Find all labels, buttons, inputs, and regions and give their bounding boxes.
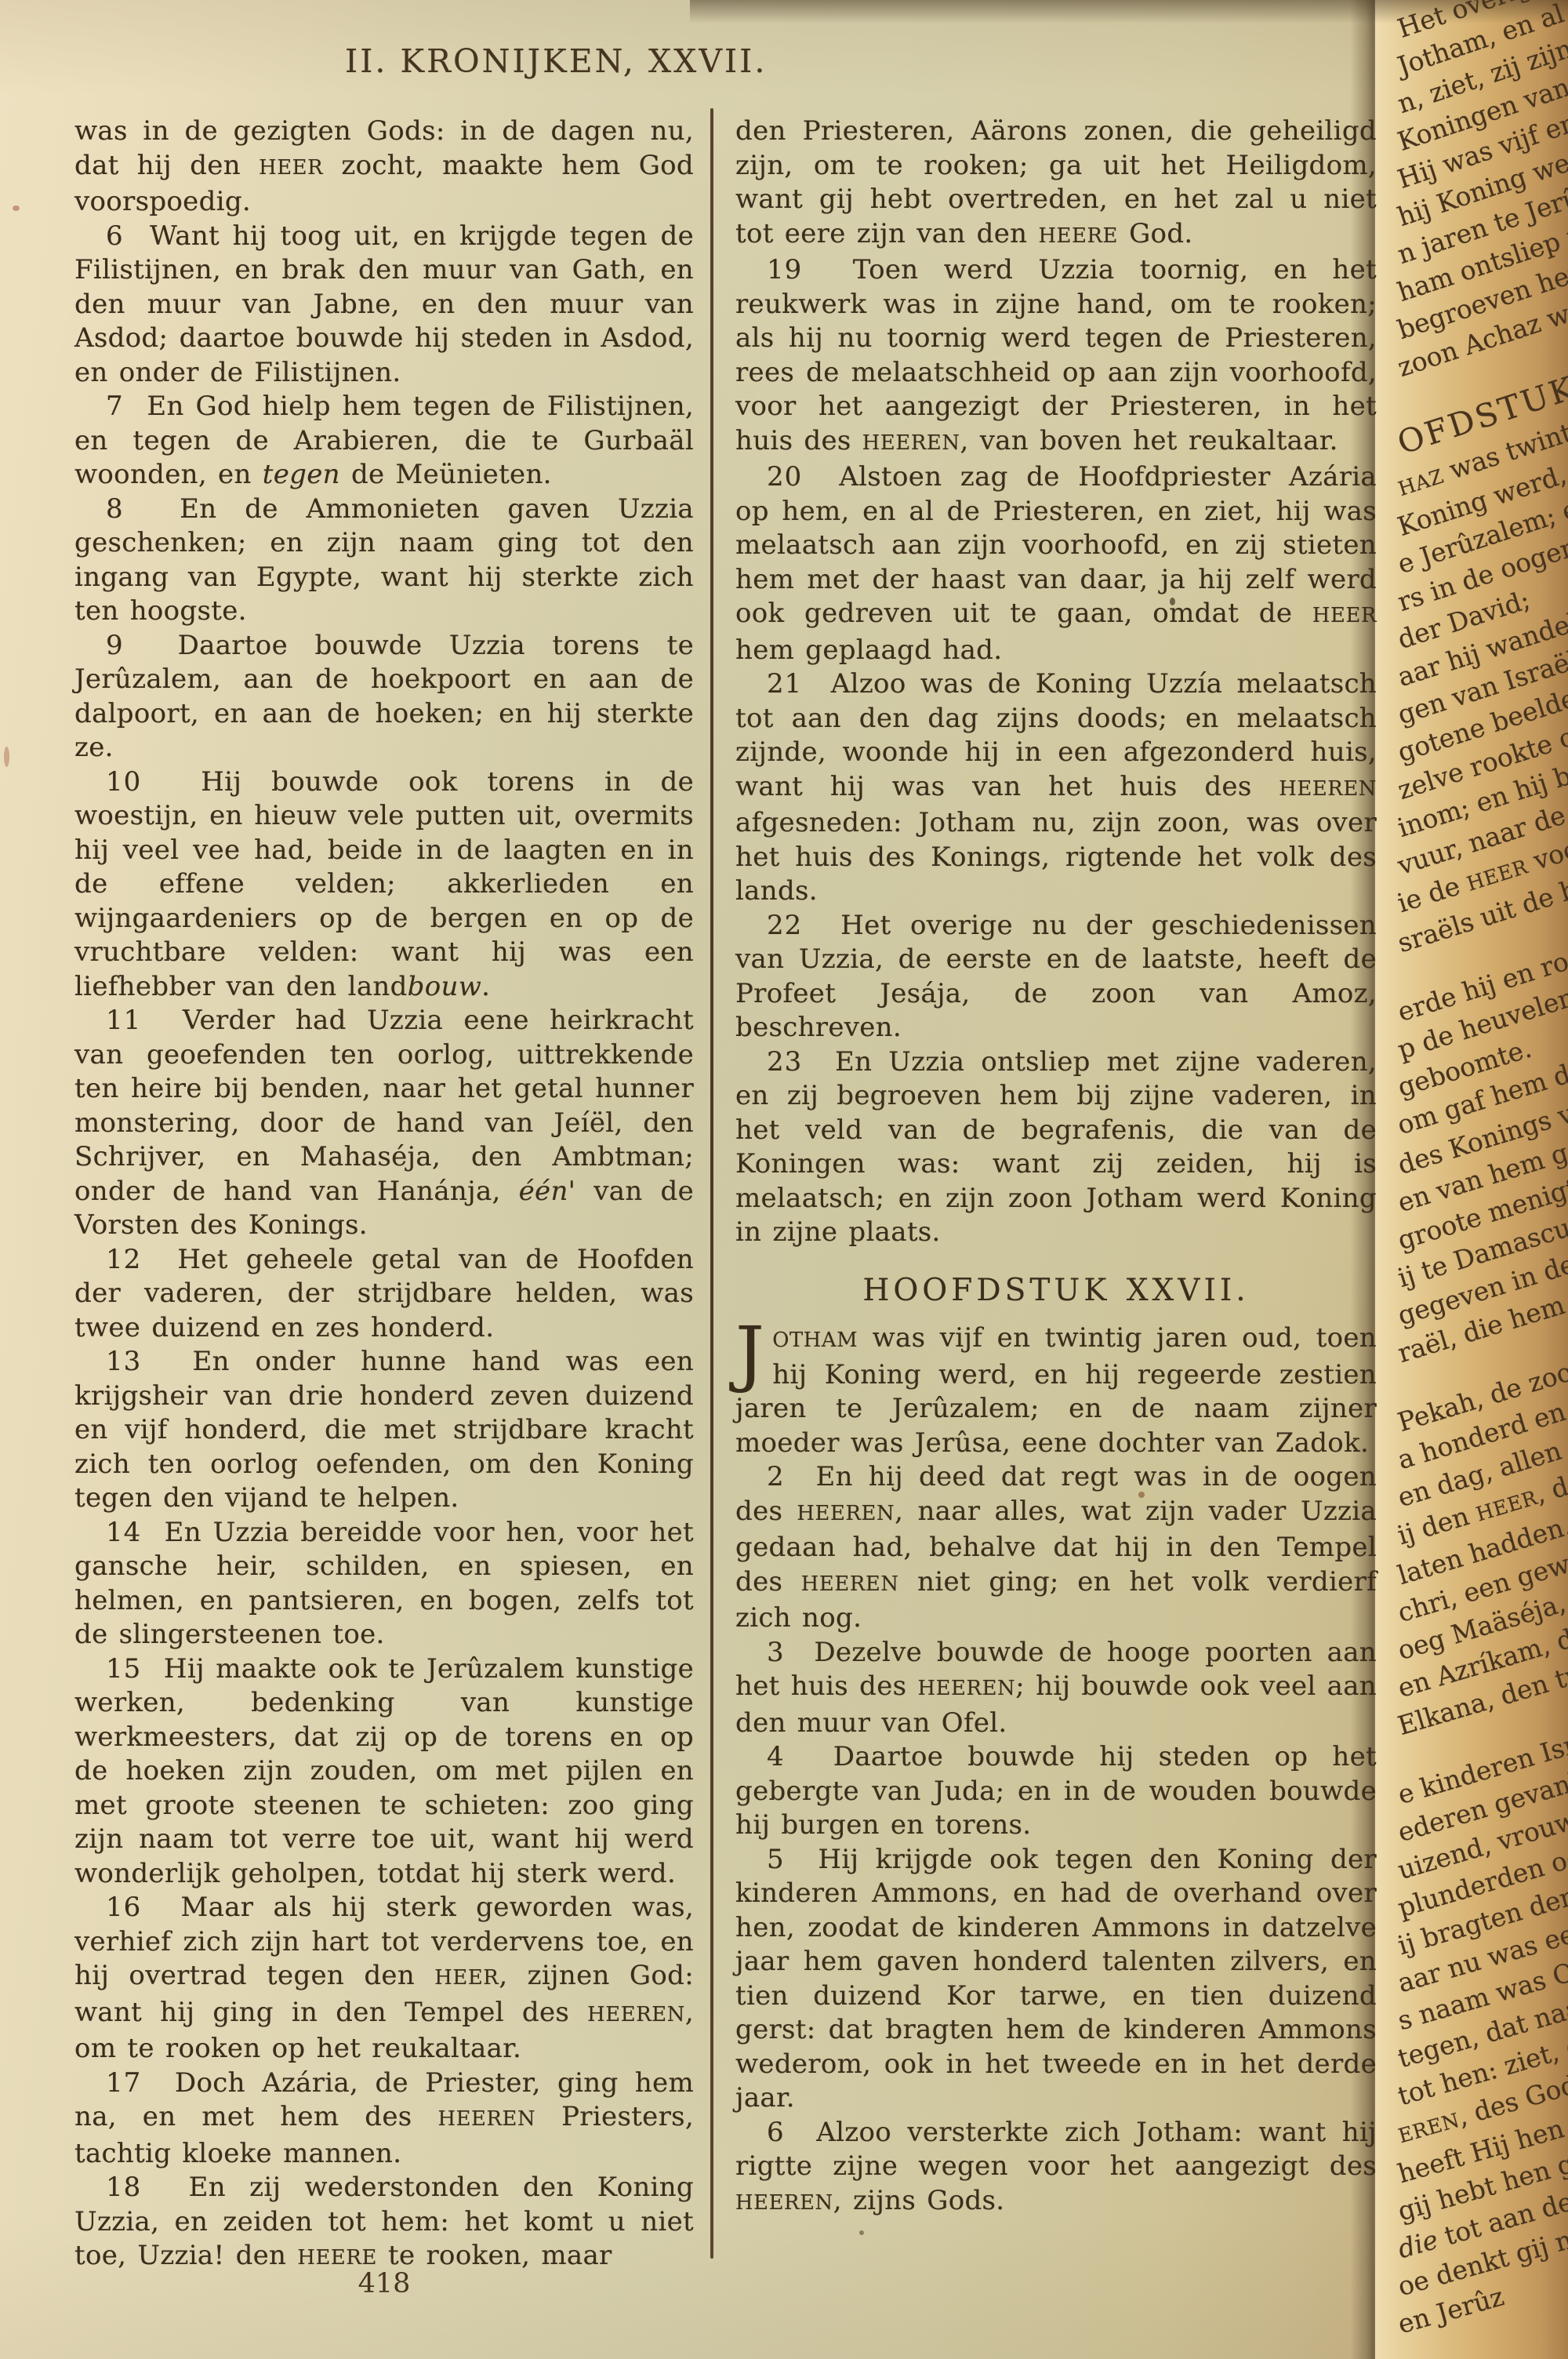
verse-number: 5: [767, 1844, 785, 1875]
adjacent-page-curled-text: Het overige nu der geJotham, en al zijne…: [1377, 0, 1568, 2359]
right-verse-19: 19 Toen werd Uzzia toornig, en het reukw…: [735, 253, 1377, 460]
verse-number: 4: [767, 1741, 785, 1772]
left-verse-7: 7 En God hielp hem tegen de Filistijnen,…: [74, 390, 694, 493]
verse-number: 20: [767, 461, 802, 493]
small-caps-word: HEERE: [1038, 224, 1118, 248]
small-caps-word: HEEREN: [1279, 777, 1377, 801]
verse-number: 6: [106, 220, 124, 252]
right-text-column: den Priesteren, Aärons zonen, die geheil…: [735, 114, 1377, 2220]
right-verse-5: 5 Hij krijgde ook tegen den Koning der k…: [735, 1843, 1377, 2116]
left-verse-16: 16 Maar als hij sterk geworden was, verh…: [74, 1891, 694, 2066]
small-caps-word: HEER: [259, 156, 323, 180]
small-caps-word: HEEREN: [437, 2107, 535, 2131]
foxing-spot: [4, 747, 9, 767]
right-verse-22: 22 Het overige nu der geschiedenissen va…: [735, 909, 1377, 1045]
column-divider-rule: [710, 108, 713, 2259]
right-chapter-heading: HOOFDSTUK XXVII.: [735, 1274, 1377, 1308]
left-verse-9: 9 Daartoe bouwde Uzzia torens te Jerûzal…: [74, 629, 694, 765]
right-continued-paragraph: den Priesteren, Aärons zonen, die geheil…: [735, 114, 1377, 253]
right-verse-6: 6 Alzoo versterkte zich Jotham: want hij…: [735, 2116, 1377, 2221]
small-caps-word: HEEREN: [801, 1572, 899, 1596]
right-verse-2: 2 En hij deed dat regt was in de oogen d…: [735, 1460, 1377, 1636]
small-caps-word: HEEREN: [587, 2003, 685, 2026]
foxing-spot: [1138, 1492, 1145, 1498]
small-caps-word: OTHAM: [772, 1329, 858, 1352]
verse-number: 18: [106, 2172, 141, 2203]
left-verse-18: 18 En zij wederstonden den Koning Uzzia,…: [74, 2171, 694, 2276]
right-verse-21: 21 Alzoo was de Koning Uzzía melaatsch t…: [735, 667, 1377, 909]
verse-number: 17: [106, 2067, 141, 2099]
right-verse-1-dropcap: JOTHAM was vijf en twintig jaren oud, to…: [735, 1321, 1377, 1460]
verse-number: 2: [767, 1461, 785, 1492]
drop-cap-letter: J: [735, 1326, 764, 1381]
left-verse-17: 17 Doch Azária, de Priester, ging hem na…: [74, 2066, 694, 2172]
right-verse-4: 4 Daartoe bouwde hij steden op het geber…: [735, 1740, 1377, 1843]
small-caps-word: HEERE: [297, 2246, 377, 2270]
verse-number: 9: [106, 630, 124, 661]
left-verse-11: 11 Verder had Uzzia eene heirkracht van …: [74, 1004, 694, 1243]
verse-number: 16: [106, 1892, 141, 1923]
ink-speck: [859, 2230, 864, 2235]
verse-number: 21: [767, 668, 802, 700]
left-verse-8: 8 En de Ammonieten gaven Uzzia geschenke…: [74, 493, 694, 629]
verse-number: 11: [106, 1005, 141, 1036]
verse-number: 14: [106, 1517, 141, 1548]
ink-speck: [1170, 598, 1175, 605]
verse-number: 10: [106, 766, 141, 798]
left-continued-paragraph: was in de gezigten Gods: in de dagen nu,…: [74, 114, 694, 220]
left-verse-14: 14 En Uzzia bereidde voor hen, voor het …: [74, 1516, 694, 1652]
right-verse-3: 3 Dezelve bouwde de hooge poorten aan he…: [735, 1636, 1377, 1741]
verse-number: 12: [106, 1244, 141, 1275]
verse-number: 22: [767, 910, 802, 941]
left-verse-12: 12 Het geheele getal van de Hoofden der …: [74, 1243, 694, 1346]
small-caps-word: HEER: [434, 1966, 499, 1990]
left-text-column: was in de gezigten Gods: in de dagen nu,…: [74, 114, 694, 2276]
left-verse-15: 15 Hij maakte ook te Jerûzalem kunstige …: [74, 1652, 694, 1892]
verse-number: 13: [106, 1346, 141, 1377]
small-caps-word: HEEREN: [862, 431, 960, 455]
verse-number: 6: [767, 2117, 785, 2148]
small-caps-word: HEEREN: [735, 2191, 833, 2215]
verse-number: 7: [106, 391, 124, 422]
verse-number: 23: [767, 1046, 802, 1078]
right-verse-23: 23 En Uzzia ontsliep met zijne vaderen, …: [735, 1045, 1377, 1250]
book-page-photo: II. KRONIJKEN, XXVII. was in de gezigten…: [0, 0, 1568, 2359]
small-caps-word: HEEREN: [917, 1677, 1015, 1700]
verse-number: 15: [106, 1653, 141, 1685]
verse-number: 8: [106, 493, 124, 525]
right-verse-20: 20 Alstoen zag de Hoofdpriester Azária o…: [735, 460, 1377, 667]
left-verse-13: 13 En onder hunne hand was een krijgshei…: [74, 1345, 694, 1516]
foxing-spot: [13, 205, 20, 211]
verse-number: 3: [767, 1637, 785, 1668]
left-verse-10: 10 Hij bouwde ook torens in de woestijn,…: [74, 765, 694, 1005]
left-verse-6: 6 Want hij toog uit, en krijgde tegen de…: [74, 220, 694, 391]
small-caps-word: HEEREN: [797, 1502, 895, 1525]
small-caps-word: HEER: [1312, 604, 1377, 627]
page-number: 418: [74, 2268, 694, 2299]
adjacent-page-lines: Het overige nu der geJotham, en al zijne…: [1399, 11, 1568, 2344]
verse-number: 19: [767, 254, 802, 285]
running-head: II. KRONIJKEN, XXVII.: [345, 42, 767, 80]
